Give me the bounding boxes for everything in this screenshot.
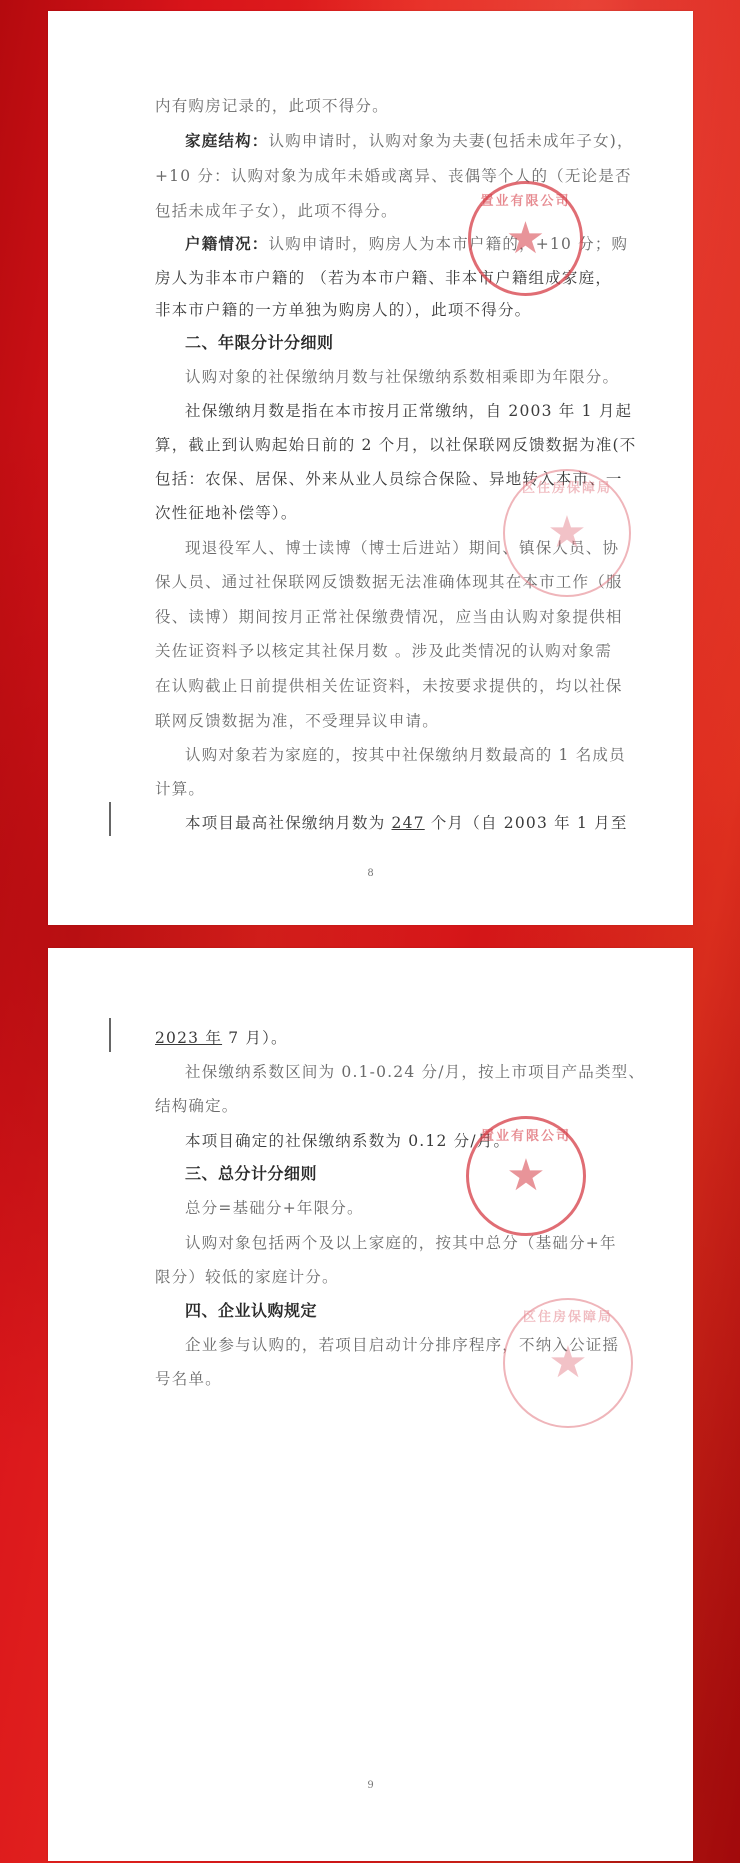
section-heading-3: 三、总分计分细则 <box>185 1164 317 1184</box>
text-span: 7 月）。 <box>222 1029 288 1047</box>
text-line: 包括未成年子女），此项不得分。 <box>155 201 635 221</box>
bureau-seal-stamp: 区住房保障局 ★ <box>503 1298 633 1428</box>
text-line: 联网反馈数据为准，不受理异议申请。 <box>155 711 635 731</box>
text-line: +10 分：认购对象为成年未婚或离异、丧偶等个人的（无论是否 <box>155 166 635 186</box>
text-line: 现退役军人、博士读博（博士后进站）期间、镇保人员、协 <box>185 538 665 558</box>
text-line: 号名单。 <box>155 1369 635 1389</box>
text-line: 社保缴纳月数是指在本市按月正常缴纳，自 2003 年 1 月起 <box>185 401 665 421</box>
text-line-household: 户籍情况：认购申请时，购房人为本市户籍的，+10 分；购 <box>185 234 665 254</box>
label-household-registration: 户籍情况： <box>185 234 269 253</box>
text-line: 役、读博）期间按月正常社保缴费情况，应当由认购对象提供相 <box>155 607 635 627</box>
end-date-value: 2023 年 <box>155 1029 222 1047</box>
page-number: 9 <box>48 1780 693 1791</box>
text-line-end-date: 2023 年 7 月）。 <box>155 1028 635 1048</box>
text-line: 结构确定。 <box>155 1096 635 1116</box>
stamp-arc-text: 区住房保障局 <box>505 1306 631 1325</box>
text-line-max-months: 本项目最高社保缴纳月数为 247 个月（自 2003 年 1 月至 <box>185 813 665 833</box>
label-family-structure: 家庭结构： <box>185 131 269 150</box>
page-number: 8 <box>48 868 693 879</box>
text-line: 保人员、通过社保联网反馈数据无法准确体现其在本市工作（服 <box>155 572 635 592</box>
revision-mark <box>109 1018 111 1052</box>
text-span: 个月（自 2003 年 1 月至 <box>425 814 628 832</box>
max-months-value: 247 <box>392 814 425 832</box>
text-line: 次性征地补偿等）。 <box>155 503 635 523</box>
revision-mark <box>109 802 111 836</box>
star-icon: ★ <box>506 1154 545 1198</box>
document-page-8: 内有购房记录的，此项不得分。 家庭结构：认购申请时，认购对象为夫妻(包括未成年子… <box>48 11 693 925</box>
text-line: 关佐证资料予以核定其社保月数 。涉及此类情况的认购对象需 <box>155 641 635 661</box>
text-line: 限分）较低的家庭计分。 <box>155 1267 635 1287</box>
text-span: 本项目最高社保缴纳月数为 <box>185 814 392 832</box>
text-line: 企业参与认购的，若项目启动计分排序程序，不纳入公证摇 <box>185 1335 665 1355</box>
text-line: 认购对象的社保缴纳月数与社保缴纳系数相乘即为年限分。 <box>185 367 665 387</box>
text-line: 总分=基础分+年限分。 <box>185 1198 665 1218</box>
text-line: 社保缴纳系数区间为 0.1-0.24 分/月，按上市项目产品类型、 <box>185 1062 665 1082</box>
text-line: 算，截止到认购起始日前的 2 个月，以社保联网反馈数据为准(不 <box>155 435 635 455</box>
text-line: 包括：农保、居保、外来从业人员综合保险、异地转入本市、一 <box>155 469 635 489</box>
document-page-9: 2023 年 7 月）。 社保缴纳系数区间为 0.1-0.24 分/月，按上市项… <box>48 948 693 1861</box>
text-line: 计算。 <box>155 779 635 799</box>
text-line: 在认购截止日前提供相关佐证资料，未按要求提供的，均以社保 <box>155 676 635 696</box>
text-line-family-structure: 家庭结构：认购申请时，认购对象为夫妻(包括未成年子女)， <box>185 131 665 151</box>
section-heading-4: 四、企业认购规定 <box>185 1301 317 1321</box>
text-line: 认购对象若为家庭的，按其中社保缴纳月数最高的 1 名成员 <box>185 745 665 765</box>
text-line: 本项目确定的社保缴纳系数为 0.12 分/月。 <box>185 1131 665 1151</box>
text-line: 非本市户籍的一方单独为购房人的），此项不得分。 <box>155 300 635 320</box>
text-span: 认购申请时，认购对象为夫妻(包括未成年子女)， <box>269 132 634 150</box>
text-line: 内有购房记录的，此项不得分。 <box>155 96 635 116</box>
text-span: 认购申请时，购房人为本市户籍的，+10 分；购 <box>269 235 629 253</box>
text-line: 认购对象包括两个及以上家庭的，按其中总分（基础分+年 <box>185 1233 665 1253</box>
text-line: 房人为非本市户籍的 （若为本市户籍、非本市户籍组成家庭， <box>155 268 635 288</box>
section-heading-2: 二、年限分计分细则 <box>185 333 334 353</box>
